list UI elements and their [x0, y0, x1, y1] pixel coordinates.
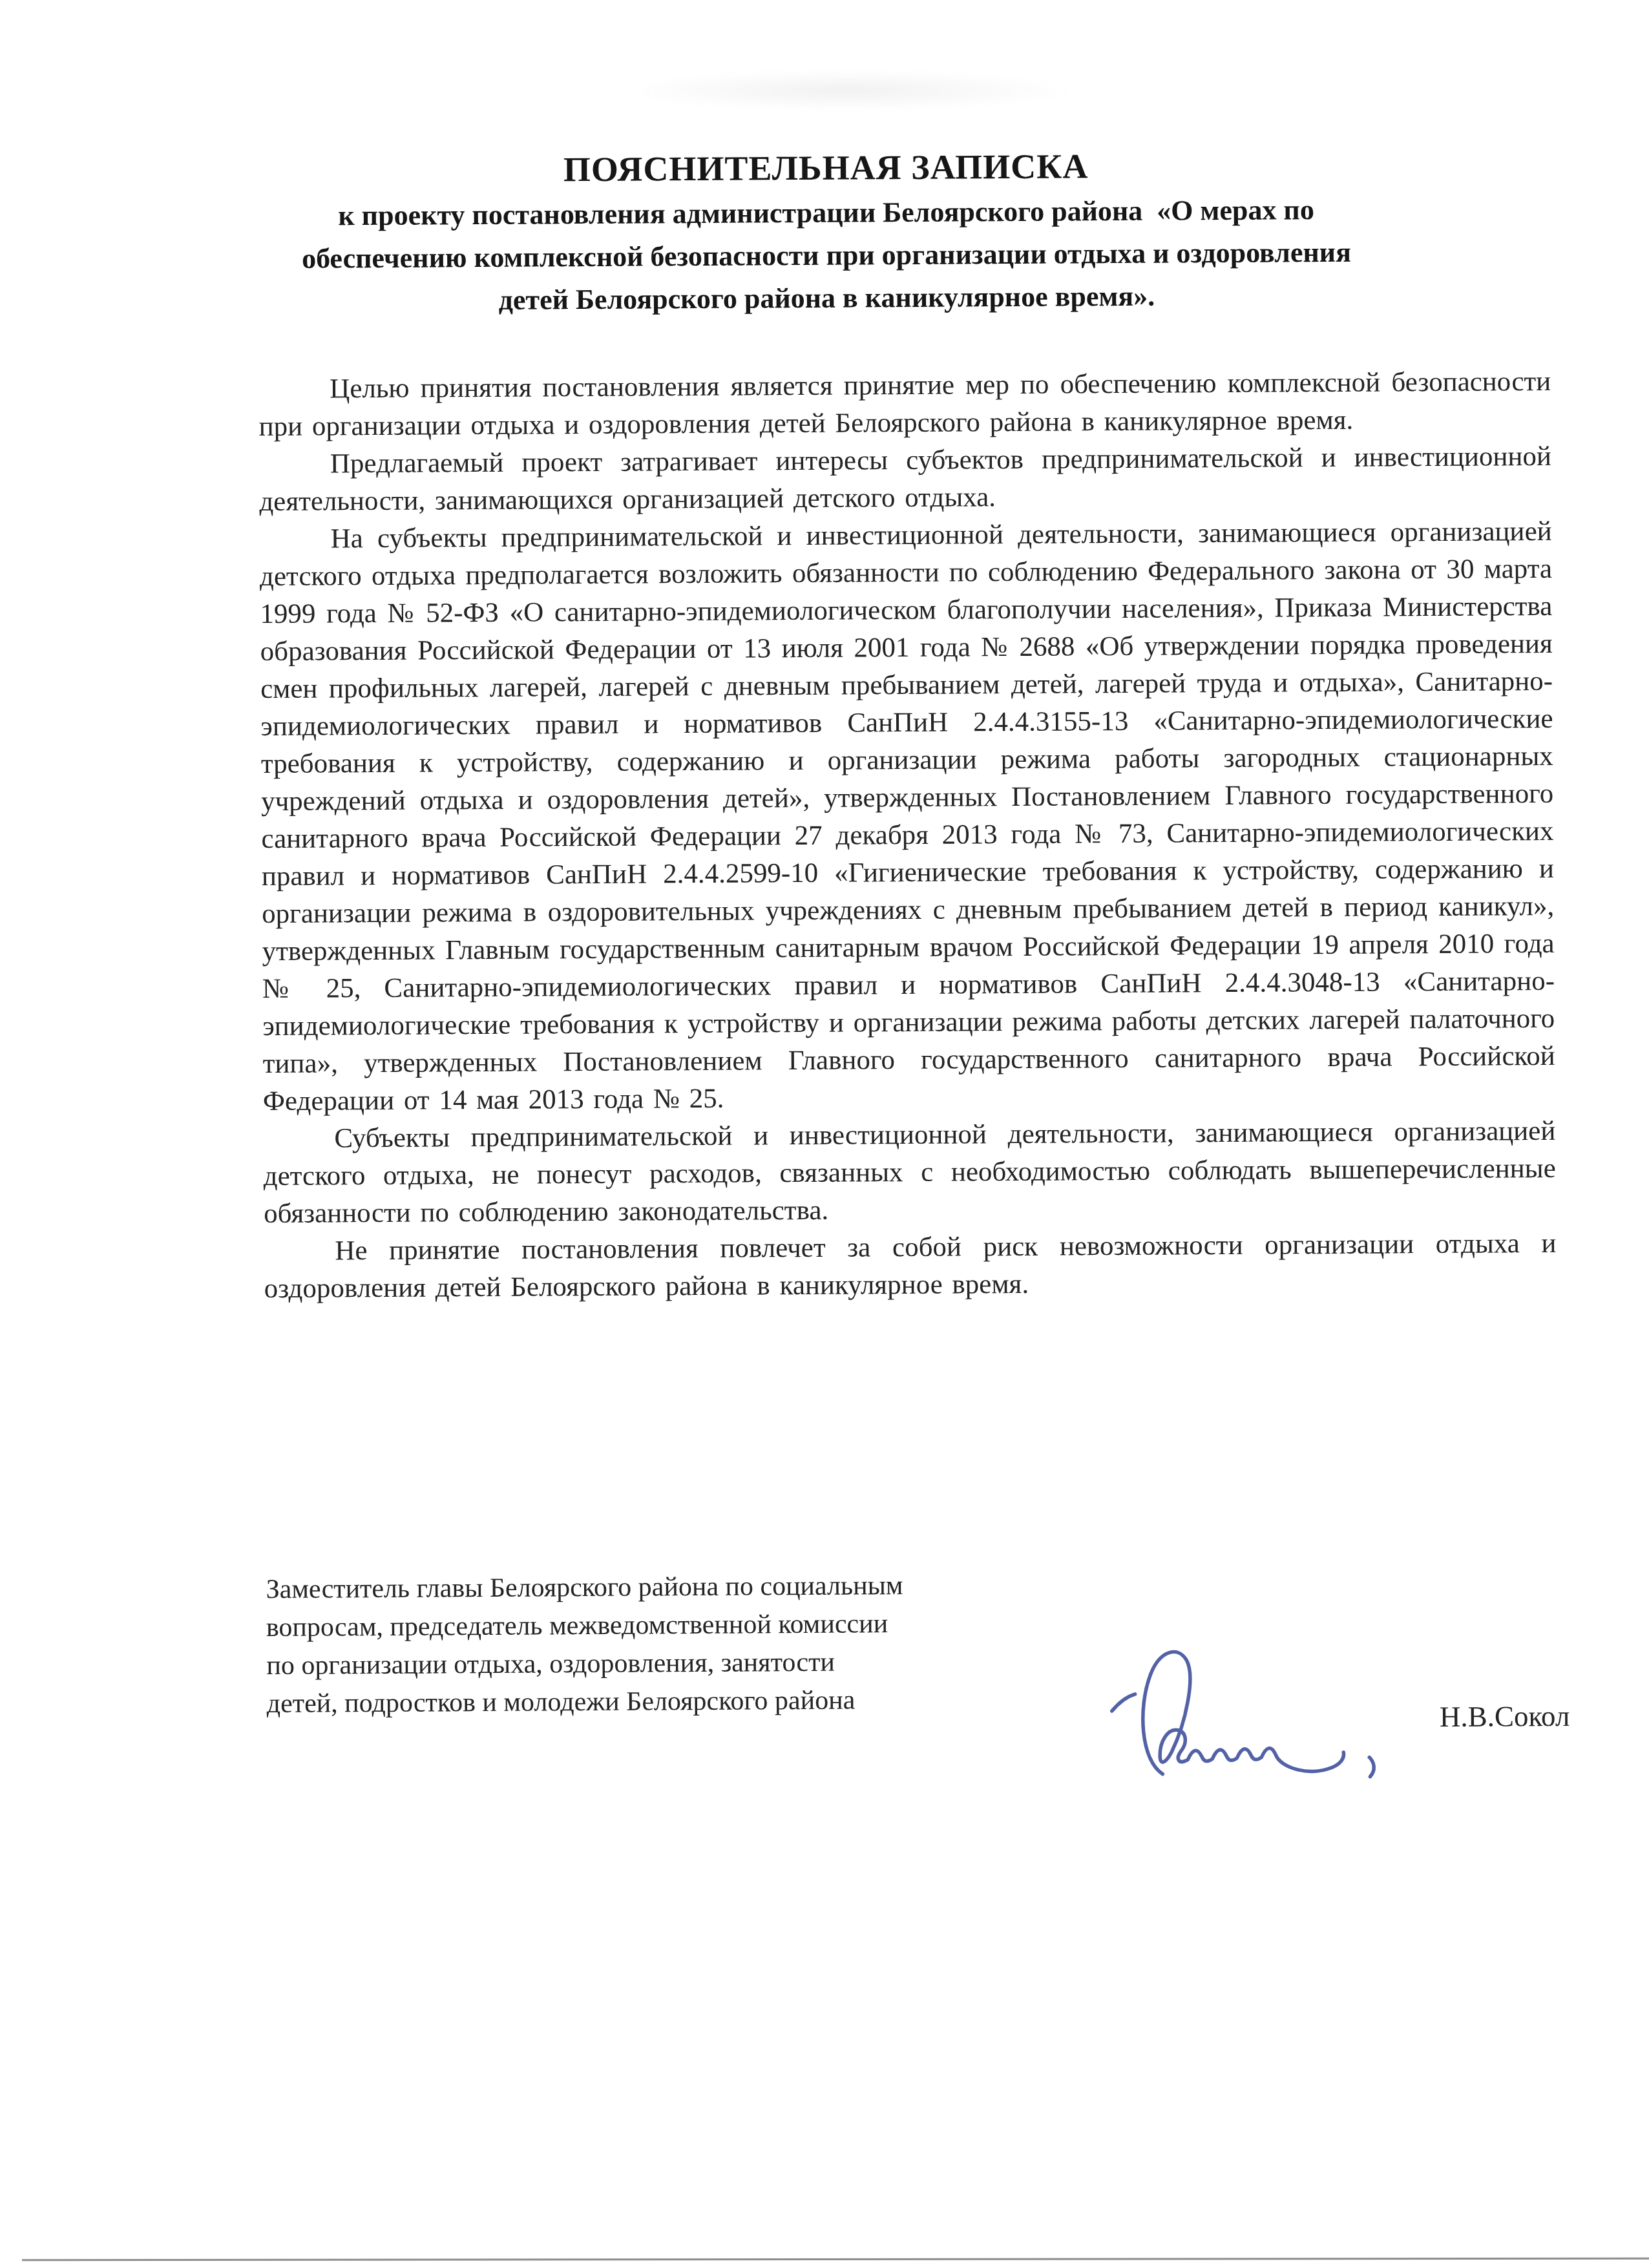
signer-position-line: по организации отдыха, оздоровления, зан… — [266, 1642, 1171, 1686]
body-paragraph: Предлагаемый проект затрагивает интересы… — [259, 438, 1552, 521]
scan-noise-smudge — [620, 71, 1073, 110]
signer-name: Н.В.Сокол — [1440, 1699, 1570, 1734]
subtitle-line: к проекту постановления администрации Бе… — [257, 187, 1549, 238]
page-title: ПОЯСНИТЕЛЬНАЯ ЗАПИСКА — [257, 143, 1549, 191]
signature-block: Заместитель главы Белоярского района по … — [266, 1563, 1560, 1842]
scan-edge-line — [22, 2258, 1649, 2262]
subtitle-line: обеспечению комплексной безопасности при… — [258, 230, 1550, 280]
body-paragraph: На субъекты предпринимательской и инвест… — [260, 513, 1556, 1120]
signer-position-line: детей, подростков и молодежи Белоярского… — [267, 1680, 1171, 1724]
subtitle-line: детей Белоярского района в каникулярное … — [258, 273, 1550, 323]
signer-position: Заместитель главы Белоярского района по … — [266, 1566, 1171, 1724]
document-content: ПОЯСНИТЕЛЬНАЯ ЗАПИСКА к проекту постанов… — [257, 143, 1562, 2154]
document-body: Целью принятия постановления является пр… — [258, 363, 1557, 1308]
signer-position-line: вопросам, председатель межведомственной … — [266, 1604, 1171, 1648]
scanned-page: ПОЯСНИТЕЛЬНАЯ ЗАПИСКА к проекту постанов… — [0, 0, 1649, 2268]
handwritten-signature-icon — [1101, 1630, 1400, 1794]
body-paragraph: Не принятие постановления повлечет за со… — [264, 1225, 1557, 1308]
body-paragraph: Целью принятия постановления является пр… — [258, 363, 1551, 446]
body-paragraph: Субъекты предпринимательской и инвестици… — [263, 1113, 1556, 1233]
signer-position-line: Заместитель главы Белоярского района по … — [266, 1566, 1170, 1610]
document-subtitle: к проекту постановления администрации Бе… — [257, 187, 1550, 323]
